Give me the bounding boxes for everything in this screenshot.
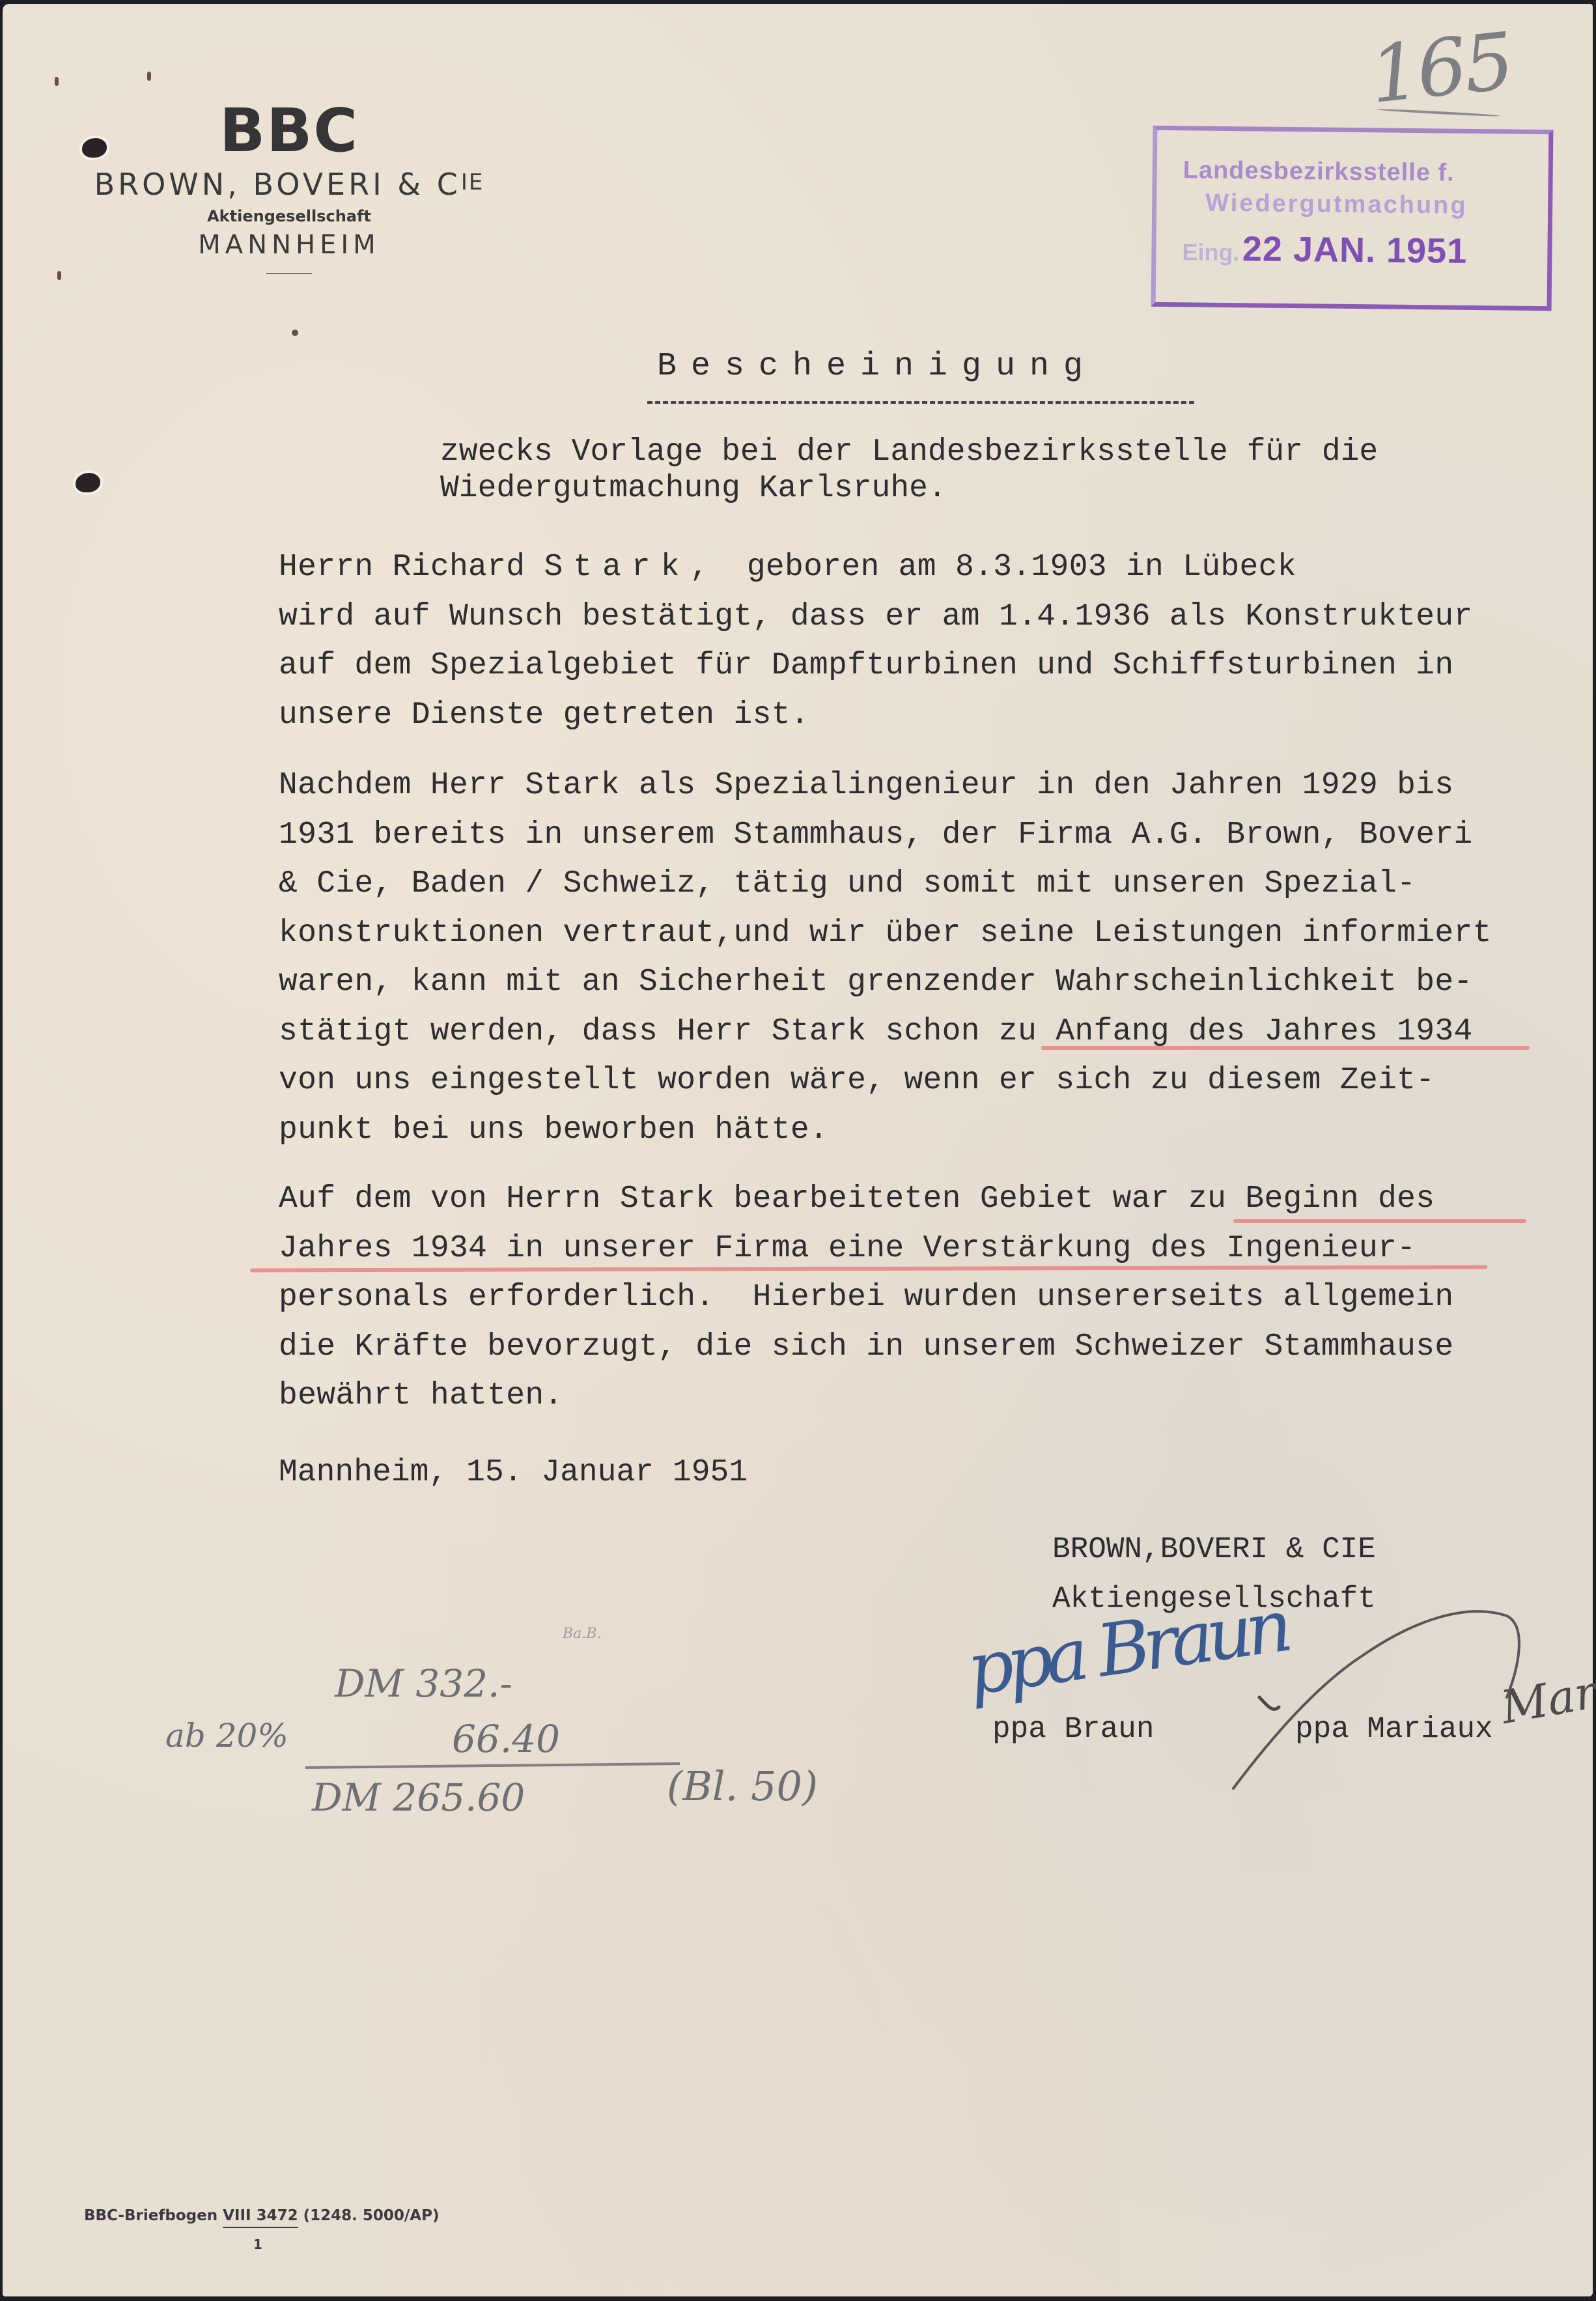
text-line: & Cie, Baden / Schweiz, tätig und somit …	[279, 860, 1581, 909]
stamp-received: Eing. 22 JAN. 1951	[1182, 228, 1467, 272]
text-line: Nachdem Herr Stark als Spezialingenieur …	[279, 761, 1581, 811]
stamp-authority: Landesbezirksstelle f.	[1183, 156, 1455, 187]
signatory-mariaux: ppa Mariaux	[1295, 1712, 1493, 1746]
company-legal-form: Aktiengesellschaft	[81, 204, 497, 229]
text-line: personals erforderlich. Hierbei wurden u…	[279, 1273, 1581, 1323]
document-title: Bescheinigung	[657, 348, 1097, 385]
speck	[57, 271, 61, 280]
signatory-braun: ppa Braun	[992, 1712, 1154, 1746]
text-line: von uns eingestellt worden wäre, wenn er…	[279, 1056, 1581, 1106]
letterhead: BBC BROWN, BOVERI & CIE Aktiengesellscha…	[81, 102, 497, 274]
pencil-small-mark: Ba.B.	[563, 1626, 601, 1642]
text-line: auf dem Spezialgebiet für Dampfturbinen …	[279, 642, 1581, 691]
person-name: Stark	[544, 550, 690, 585]
red-underline-anfang-1934	[1041, 1046, 1530, 1050]
paragraph-prior-employment: Nachdem Herr Stark als Spezialingenieur …	[279, 761, 1581, 1155]
paragraph-employment: Herrn Richard Stark, geboren am 8.3.1903…	[279, 543, 1581, 740]
text-line: bewährt hatten.	[279, 1372, 1581, 1421]
folio-number: 165	[1365, 16, 1515, 121]
stamp-date: 22 JAN. 1951	[1242, 229, 1468, 271]
company-name: BROWN, BOVERI & CIE	[81, 163, 497, 204]
pencil-sum-rule	[305, 1762, 680, 1769]
form-code-sub: 1	[253, 2237, 262, 2252]
pencil-deduction-label: ab 20%	[165, 1717, 288, 1755]
document-page: BBC BROWN, BOVERI & CIE Aktiengesellscha…	[3, 4, 1593, 2296]
speck	[55, 77, 59, 86]
text-line: punkt bei uns beworben hätte.	[279, 1106, 1581, 1155]
text-line: Herrn Richard Stark, geboren am 8.3.1903…	[279, 543, 1581, 593]
text-line: wird auf Wunsch bestätigt, dass er am 1.…	[279, 593, 1581, 642]
pencil-amount-deduction: 66.40	[452, 1717, 560, 1761]
document-purpose: zwecks Vorlage bei der Landesbezirksstel…	[440, 434, 1378, 507]
red-underline-beginn-des	[1233, 1219, 1526, 1223]
text-line: waren, kann mit an Sicherheit grenzender…	[279, 958, 1581, 1008]
text-line: unsere Dienste getreten ist.	[279, 691, 1581, 741]
text-line: Auf dem von Herrn Stark bearbeiteten Geb…	[279, 1175, 1581, 1224]
stamp-prefix: Eing.	[1182, 238, 1239, 266]
text-line: 1931 bereits in unserem Stammhaus, der F…	[279, 811, 1581, 860]
speck	[292, 330, 298, 336]
punch-hole-middle	[76, 473, 100, 492]
pencil-amount-net: DM 265.60	[312, 1775, 525, 1820]
title-underline	[647, 401, 1194, 404]
stamp-department: Wiedergutmachung	[1205, 190, 1468, 220]
pencil-amount-gross: DM 332.-	[335, 1661, 512, 1706]
form-footer: BBC-Briefbogen VIII 3472 (1248. 5000/AP)	[84, 2207, 439, 2224]
place-date: Mannheim, 15. Januar 1951	[279, 1455, 748, 1490]
speck	[147, 72, 151, 81]
form-code: VIII 3472	[223, 2207, 298, 2228]
letterhead-rule	[266, 273, 312, 274]
text-line: die Kräfte bevorzugt, die sich in unsere…	[279, 1323, 1581, 1372]
company-logo: BBC	[81, 102, 497, 160]
receipt-stamp: Landesbezirksstelle f. Wiedergutmachung …	[1151, 126, 1554, 311]
signature-flourish	[1220, 1593, 1559, 1801]
company-city: MANNHEIM	[81, 229, 497, 261]
text-line: konstruktionen vertraut,und wir über sei…	[279, 909, 1581, 959]
paragraph-staffing: Auf dem von Herrn Stark bearbeiteten Geb…	[279, 1175, 1581, 1421]
pencil-page-reference: (Bl. 50)	[667, 1762, 818, 1810]
